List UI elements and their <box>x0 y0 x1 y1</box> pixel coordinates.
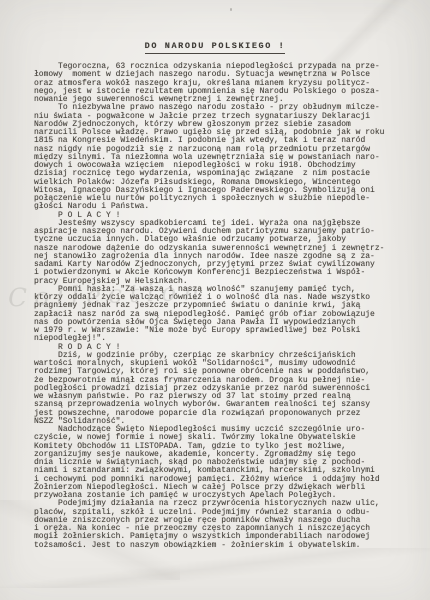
scanned-document-page: DO NARODU POLSKIEGO ! Tegoroczna, 63 roc… <box>0 0 430 600</box>
document-title-text: DO NARODU POLSKIEGO ! <box>145 41 286 54</box>
paragraph-final: Podejmijmy działania na rzecz przywrócen… <box>34 500 410 550</box>
paragraph-swieto: Nadchodzące Święto Niepodległości musimy… <box>34 426 410 500</box>
paragraph-history: To niezbywalne prawo naszego narodu zost… <box>34 104 410 211</box>
document-title: DO NARODU POLSKIEGO ! <box>0 41 430 54</box>
document-body: Tegoroczna, 63 rocznica odzyskania niepo… <box>34 63 410 550</box>
paragraph-rodacy: Dziś, w godzinie próby, czerpiąc ze skar… <box>34 352 410 426</box>
paper-speck <box>230 8 232 11</box>
paragraph-pomni-hasla: Pomni hasła: "Za waszą i naszą wolność" … <box>34 286 410 344</box>
paper-crease-bottom <box>0 548 430 588</box>
paragraph-intro: Tegoroczna, 63 rocznica odzyskania niepo… <box>34 63 410 104</box>
paragraph-polacy: Jesteśmy wszyscy spadkobiercami tej idei… <box>34 220 410 286</box>
